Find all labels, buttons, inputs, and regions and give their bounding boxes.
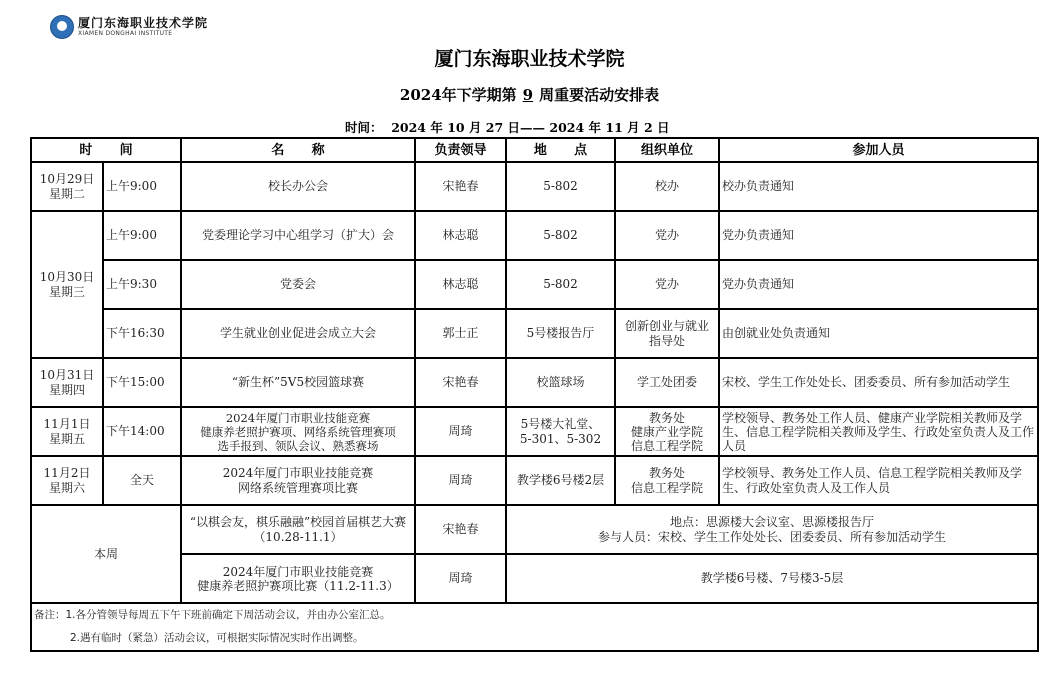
row-location: 校篮球场 bbox=[506, 358, 615, 407]
row-time: 上午9:00 bbox=[103, 162, 181, 211]
row-location: 教学楼6号楼2层 bbox=[506, 456, 615, 505]
subtitle-suffix: 周重要活动安排表 bbox=[539, 86, 659, 104]
row-leader: 郭士正 bbox=[415, 309, 506, 358]
row-date: 10月29日 星期二 bbox=[31, 162, 103, 211]
row-organizer: 创新创业与就业 指导处 bbox=[615, 309, 719, 358]
this-week-details: 教学楼6号楼、7号楼3-5层 bbox=[506, 554, 1038, 603]
table-row: 10月31日 星期四 下午15:00 “新生杯”5V5校园篮球赛 宋艳春 校篮球… bbox=[31, 358, 1038, 407]
this-week-leader: 宋艳春 bbox=[415, 505, 506, 554]
subtitle-prefix: 2024年下学期第 bbox=[400, 86, 517, 104]
table-row: 10月30日 星期三 上午9:00 党委理论学习中心组学习（扩大）会 林志聪 5… bbox=[31, 211, 1038, 260]
row-organizer: 校办 bbox=[615, 162, 719, 211]
table-row: 下午16:30 学生就业创业促进会成立大会 郭士正 5号楼报告厅 创新创业与就业… bbox=[31, 309, 1038, 358]
row-leader: 林志聪 bbox=[415, 260, 506, 309]
row-leader: 宋艳春 bbox=[415, 162, 506, 211]
header-name: 名 称 bbox=[181, 138, 415, 162]
table-row-this-week: 本周 “以棋会友，棋乐融融”校园首届棋艺大赛（10.28-11.1） 宋艳春 地… bbox=[31, 505, 1038, 554]
row-leader: 宋艳春 bbox=[415, 358, 506, 407]
row-name: 党委理论学习中心组学习（扩大）会 bbox=[181, 211, 415, 260]
date-range: 时间： 2024 年 10 月 27 日—— 2024 年 11 月 2 日 bbox=[345, 118, 670, 136]
table-row: 上午9:30 党委会 林志聪 5-802 党办 党办负责通知 bbox=[31, 260, 1038, 309]
this-week-leader: 周琦 bbox=[415, 554, 506, 603]
row-organizer: 学工处团委 bbox=[615, 358, 719, 407]
schedule-table: 时 间 名 称 负责领导 地 点 组织单位 参加人员 10月29日 星期二 上午… bbox=[30, 137, 1039, 652]
row-name: 2024年厦门市职业技能竞赛 健康养老照护赛项、网络系统管理赛项 选手报到、领队… bbox=[181, 407, 415, 456]
row-time: 下午15:00 bbox=[103, 358, 181, 407]
row-time: 下午16:30 bbox=[103, 309, 181, 358]
row-time: 全天 bbox=[103, 456, 181, 505]
row-name: 学生就业创业促进会成立大会 bbox=[181, 309, 415, 358]
row-participants: 宋校、学生工作处处长、团委委员、所有参加活动学生 bbox=[719, 358, 1038, 407]
row-participants: 学校领导、教务处工作人员、健康产业学院相关教师及学生、信息工程学院相关教师及学生… bbox=[719, 407, 1038, 456]
row-date: 10月31日 星期四 bbox=[31, 358, 103, 407]
row-organizer: 教务处 信息工程学院 bbox=[615, 456, 719, 505]
table-row: 11月2日 星期六 全天 2024年厦门市职业技能竞赛 网络系统管理赛项比赛 周… bbox=[31, 456, 1038, 505]
row-date: 11月1日 星期五 bbox=[31, 407, 103, 456]
row-location: 5-802 bbox=[506, 162, 615, 211]
row-location: 5号楼报告厅 bbox=[506, 309, 615, 358]
row-name: 2024年厦门市职业技能竞赛 网络系统管理赛项比赛 bbox=[181, 456, 415, 505]
row-location: 5号楼大礼堂、 5-301、5-302 bbox=[506, 407, 615, 456]
header-organizer: 组织单位 bbox=[615, 138, 719, 162]
notes-row: 备注：1.各分管领导每周五下午下班前确定下周活动会议，并由办公室汇总。 bbox=[31, 603, 1038, 626]
row-time: 下午14:00 bbox=[103, 407, 181, 456]
row-participants: 党办负责通知 bbox=[719, 211, 1038, 260]
row-participants: 校办负责通知 bbox=[719, 162, 1038, 211]
header-participants: 参加人员 bbox=[719, 138, 1038, 162]
header-time: 时 间 bbox=[31, 138, 181, 162]
page-title: 厦门东海职业技术学院 bbox=[0, 44, 1059, 71]
this-week-name: 2024年厦门市职业技能竞赛 健康养老照护赛项比赛（11.2-11.3） bbox=[181, 554, 415, 603]
logo-name-en: XIAMEN DONGHAI INSTITUTE bbox=[78, 31, 208, 37]
row-participants: 由创就业处负责通知 bbox=[719, 309, 1038, 358]
schedule-subtitle: 2024年下学期第9周重要活动安排表 bbox=[0, 84, 1059, 105]
table-row: 10月29日 星期二 上午9:00 校长办公会 宋艳春 5-802 校办 校办负… bbox=[31, 162, 1038, 211]
row-organizer: 党办 bbox=[615, 260, 719, 309]
row-organizer: 教务处 健康产业学院 信息工程学院 bbox=[615, 407, 719, 456]
header-leader: 负责领导 bbox=[415, 138, 506, 162]
table-header-row: 时 间 名 称 负责领导 地 点 组织单位 参加人员 bbox=[31, 138, 1038, 162]
row-time: 上午9:30 bbox=[103, 260, 181, 309]
this-week-details: 地点：思源楼大会议室、思源楼报告厅 参与人员：宋校、学生工作处处长、团委委员、所… bbox=[506, 505, 1038, 554]
notes-row: 2.遇有临时（紧急）活动会议，可根据实际情况实时作出调整。 bbox=[31, 626, 1038, 651]
row-name: “新生杯”5V5校园篮球赛 bbox=[181, 358, 415, 407]
row-name: 校长办公会 bbox=[181, 162, 415, 211]
row-participants: 学校领导、教务处工作人员、信息工程学院相关教师及学生、行政处室负责人及工作人员 bbox=[719, 456, 1038, 505]
row-time: 上午9:00 bbox=[103, 211, 181, 260]
logo-emblem-icon bbox=[50, 15, 74, 39]
row-location: 5-802 bbox=[506, 211, 615, 260]
logo-name-cn: 厦门东海职业技术学院 bbox=[78, 17, 208, 29]
row-location: 5-802 bbox=[506, 260, 615, 309]
row-leader: 周琦 bbox=[415, 456, 506, 505]
table-row: 11月1日 星期五 下午14:00 2024年厦门市职业技能竞赛 健康养老照护赛… bbox=[31, 407, 1038, 456]
row-leader: 周琦 bbox=[415, 407, 506, 456]
row-name: 党委会 bbox=[181, 260, 415, 309]
this-week-label: 本周 bbox=[31, 505, 181, 603]
row-organizer: 党办 bbox=[615, 211, 719, 260]
row-date: 11月2日 星期六 bbox=[31, 456, 103, 505]
header-location: 地 点 bbox=[506, 138, 615, 162]
row-date: 10月30日 星期三 bbox=[31, 211, 103, 358]
row-participants: 党办负责通知 bbox=[719, 260, 1038, 309]
this-week-name: “以棋会友，棋乐融融”校园首届棋艺大赛（10.28-11.1） bbox=[181, 505, 415, 554]
note-1: 备注：1.各分管领导每周五下午下班前确定下周活动会议，并由办公室汇总。 bbox=[31, 603, 1038, 626]
week-number: 9 bbox=[517, 86, 539, 104]
table-row-this-week: 2024年厦门市职业技能竞赛 健康养老照护赛项比赛（11.2-11.3） 周琦 … bbox=[31, 554, 1038, 603]
row-leader: 林志聪 bbox=[415, 211, 506, 260]
note-2: 2.遇有临时（紧急）活动会议，可根据实际情况实时作出调整。 bbox=[31, 626, 1038, 651]
institute-logo: 厦门东海职业技术学院 XIAMEN DONGHAI INSTITUTE bbox=[50, 15, 208, 39]
